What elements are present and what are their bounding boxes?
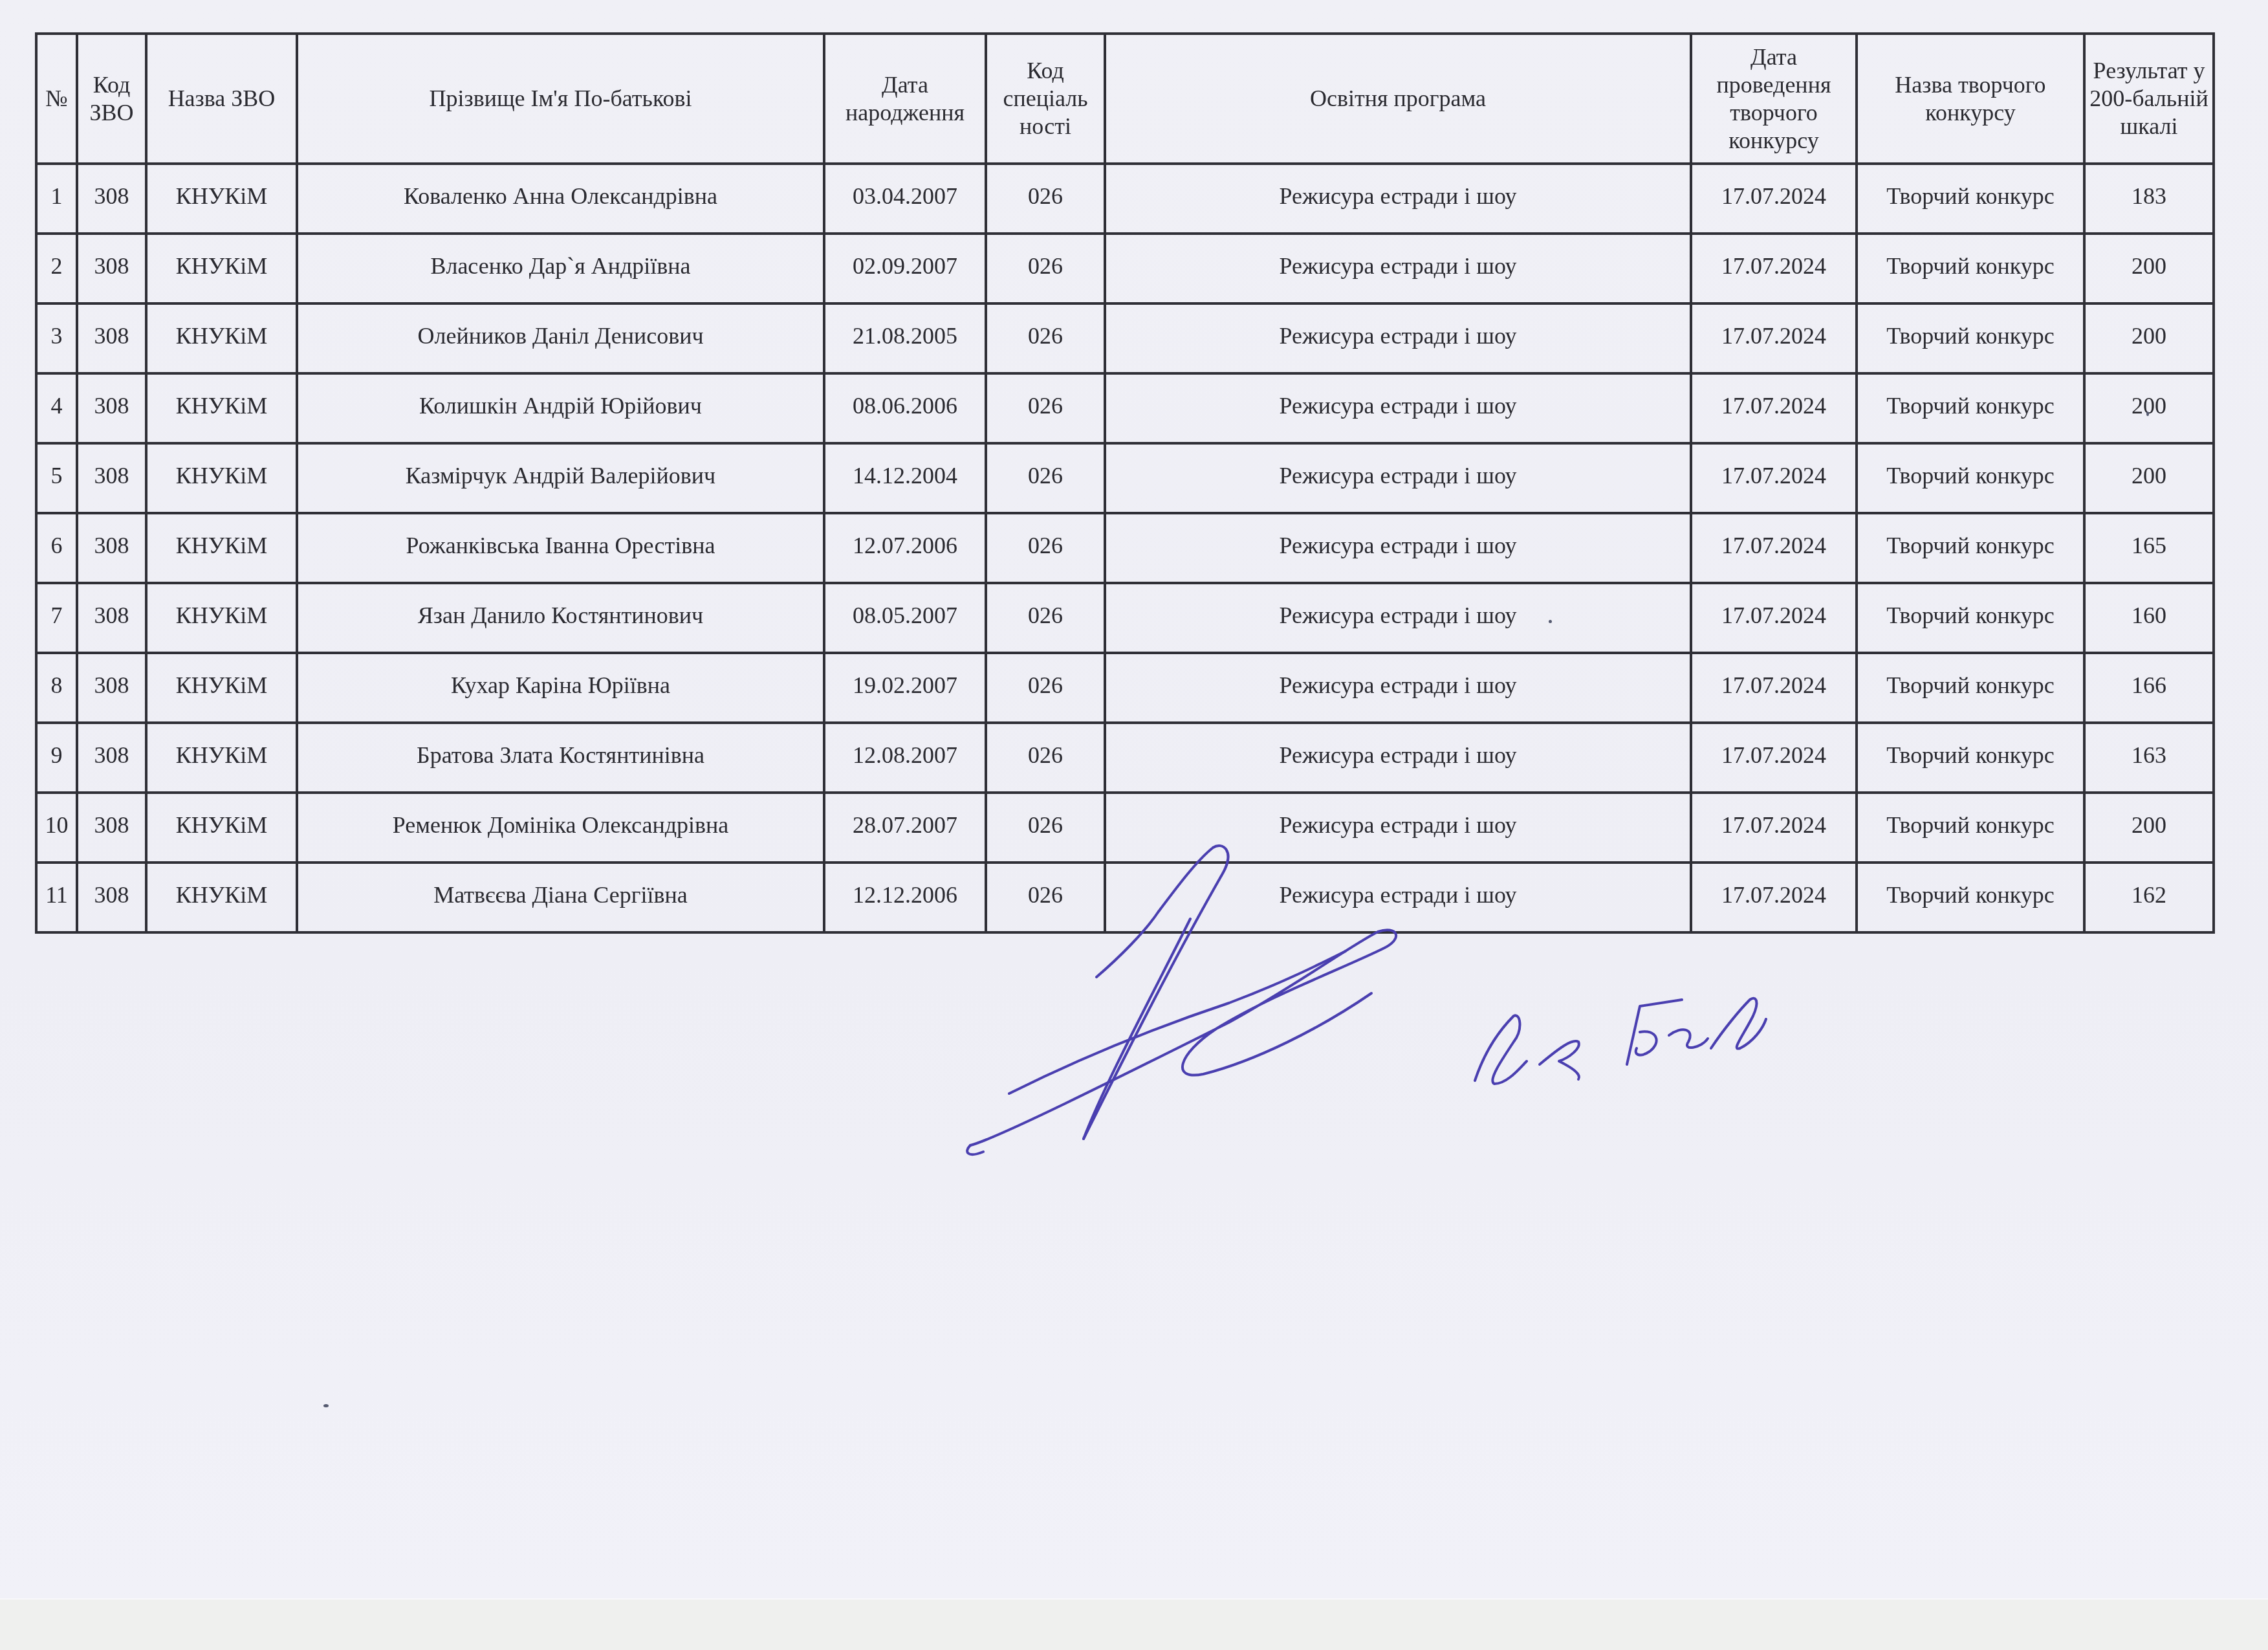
table-row: 10308КНУКіМРеменюк Домініка Олександрівн… (36, 793, 2214, 863)
cell-full-name: Колишкін Андрій Юрійович (297, 373, 824, 443)
table-row: 2308КНУКіМВласенко Дар`я Андріївна02.09.… (36, 234, 2214, 303)
cell-contest-date: 17.07.2024 (1691, 583, 1857, 653)
column-header-zvo-name: Назва ЗВО (146, 34, 297, 164)
cell-contest-date: 17.07.2024 (1691, 723, 1857, 793)
cell-contest-date: 17.07.2024 (1691, 164, 1857, 234)
cell-specialty-code: 026 (986, 443, 1105, 513)
cell-no: 11 (36, 863, 77, 932)
cell-score: 200 (2084, 443, 2214, 513)
cell-no: 10 (36, 793, 77, 863)
table-row: 1308КНУКіМКоваленко Анна Олександрівна03… (36, 164, 2214, 234)
cell-contest-name: Творчий конкурс (1857, 653, 2084, 723)
table-row: 6308КНУКіМРожанківська Іванна Орестівна1… (36, 513, 2214, 583)
cell-contest-date: 17.07.2024 (1691, 793, 1857, 863)
cell-birth-date: 28.07.2007 (824, 793, 986, 863)
cell-contest-date: 17.07.2024 (1691, 863, 1857, 932)
cell-birth-date: 14.12.2004 (824, 443, 986, 513)
cell-score: 160 (2084, 583, 2214, 653)
cell-contest-date: 17.07.2024 (1691, 443, 1857, 513)
cell-specialty-code: 026 (986, 863, 1105, 932)
cell-no: 8 (36, 653, 77, 723)
cell-full-name: Матвєєва Діана Сергіївна (297, 863, 824, 932)
cell-full-name: Олейников Даніл Денисович (297, 303, 824, 373)
cell-program: Режисура естради і шоу (1105, 513, 1691, 583)
column-header-program: Освітня програма (1105, 34, 1691, 164)
cell-no: 4 (36, 373, 77, 443)
cell-specialty-code: 026 (986, 583, 1105, 653)
cell-zvo-code: 308 (77, 793, 146, 863)
cell-no: 7 (36, 583, 77, 653)
table-row: 8308КНУКіМКухар Каріна Юріївна19.02.2007… (36, 653, 2214, 723)
cell-program: Режисура естради і шоу (1105, 234, 1691, 303)
cell-full-name: Казмірчук Андрій Валерійович (297, 443, 824, 513)
table-row: 3308КНУКіМОлейников Даніл Денисович21.08… (36, 303, 2214, 373)
cell-no: 9 (36, 723, 77, 793)
cell-contest-name: Творчий конкурс (1857, 723, 2084, 793)
cell-zvo-code: 308 (77, 164, 146, 234)
cell-zvo-name: КНУКіМ (146, 164, 297, 234)
cell-zvo-code: 308 (77, 513, 146, 583)
cell-specialty-code: 026 (986, 793, 1105, 863)
table-row: 7308КНУКіМЯзан Данило Костянтинович08.05… (36, 583, 2214, 653)
cell-no: 2 (36, 234, 77, 303)
cell-full-name: Власенко Дар`я Андріївна (297, 234, 824, 303)
cell-contest-name: Творчий конкурс (1857, 513, 2084, 583)
cell-score: 200 (2084, 234, 2214, 303)
cell-specialty-code: 026 (986, 164, 1105, 234)
cell-specialty-code: 026 (986, 234, 1105, 303)
cell-contest-name: Творчий конкурс (1857, 863, 2084, 932)
table-row: 4308КНУКіМКолишкін Андрій Юрійович08.06.… (36, 373, 2214, 443)
cell-birth-date: 02.09.2007 (824, 234, 986, 303)
cell-zvo-code: 308 (77, 723, 146, 793)
cell-specialty-code: 026 (986, 653, 1105, 723)
cell-full-name: Ременюк Домініка Олександрівна (297, 793, 824, 863)
cell-birth-date: 08.06.2006 (824, 373, 986, 443)
cell-zvo-code: 308 (77, 653, 146, 723)
table-body: 1308КНУКіМКоваленко Анна Олександрівна03… (36, 164, 2214, 932)
cell-score: 162 (2084, 863, 2214, 932)
cell-program: Режисура естради і шоу (1105, 793, 1691, 863)
column-header-contest-name: Назва творчого конкурсу (1857, 34, 2084, 164)
cell-zvo-code: 308 (77, 234, 146, 303)
cell-birth-date: 12.12.2006 (824, 863, 986, 932)
cell-birth-date: 08.05.2007 (824, 583, 986, 653)
cell-program: Режисура естради і шоу (1105, 373, 1691, 443)
cell-program: Режисура естради і шоу (1105, 863, 1691, 932)
cell-contest-name: Творчий конкурс (1857, 373, 2084, 443)
column-header-zvo-code: Код ЗВО (77, 34, 146, 164)
cell-contest-name: Творчий конкурс (1857, 164, 2084, 234)
cell-full-name: Кухар Каріна Юріївна (297, 653, 824, 723)
cell-zvo-name: КНУКіМ (146, 443, 297, 513)
cell-score: 166 (2084, 653, 2214, 723)
cell-birth-date: 12.07.2006 (824, 513, 986, 583)
cell-contest-date: 17.07.2024 (1691, 373, 1857, 443)
cell-birth-date: 12.08.2007 (824, 723, 986, 793)
cell-zvo-name: КНУКіМ (146, 793, 297, 863)
cell-zvo-code: 308 (77, 443, 146, 513)
cell-contest-name: Творчий конкурс (1857, 443, 2084, 513)
scan-speck (2146, 412, 2149, 416)
cell-score: 200 (2084, 303, 2214, 373)
cell-birth-date: 21.08.2005 (824, 303, 986, 373)
cell-program: Режисура естради і шоу (1105, 653, 1691, 723)
table-header-row: №Код ЗВОНазва ЗВОПрізвище Ім'я По-батько… (36, 34, 2214, 164)
column-header-no: № (36, 34, 77, 164)
cell-birth-date: 03.04.2007 (824, 164, 986, 234)
cell-zvo-name: КНУКіМ (146, 723, 297, 793)
cell-contest-date: 17.07.2024 (1691, 513, 1857, 583)
cell-contest-name: Творчий конкурс (1857, 303, 2084, 373)
cell-program: Режисура естради і шоу (1105, 723, 1691, 793)
cell-zvo-code: 308 (77, 863, 146, 932)
scan-edge (0, 1598, 2268, 1650)
cell-program: Режисура естради і шоу (1105, 303, 1691, 373)
cell-score: 183 (2084, 164, 2214, 234)
cell-contest-name: Творчий конкурс (1857, 793, 2084, 863)
cell-full-name: Коваленко Анна Олександрівна (297, 164, 824, 234)
scan-speck (323, 1404, 329, 1407)
cell-score: 200 (2084, 793, 2214, 863)
cell-specialty-code: 026 (986, 373, 1105, 443)
cell-contest-date: 17.07.2024 (1691, 234, 1857, 303)
cell-score: 165 (2084, 513, 2214, 583)
cell-full-name: Рожанківська Іванна Орестівна (297, 513, 824, 583)
cell-contest-name: Творчий конкурс (1857, 583, 2084, 653)
cell-specialty-code: 026 (986, 723, 1105, 793)
column-header-specialty-code: Код спеціаль ності (986, 34, 1105, 164)
cell-zvo-name: КНУКіМ (146, 653, 297, 723)
admission-results-table: №Код ЗВОНазва ЗВОПрізвище Ім'я По-батько… (35, 32, 2215, 934)
cell-contest-date: 17.07.2024 (1691, 303, 1857, 373)
table-row: 11308КНУКіММатвєєва Діана Сергіївна12.12… (36, 863, 2214, 932)
cell-full-name: Братова Злата Костянтинівна (297, 723, 824, 793)
cell-program: Режисура естради і шоу (1105, 583, 1691, 653)
column-header-full-name: Прізвище Ім'я По-батькові (297, 34, 824, 164)
cell-contest-date: 17.07.2024 (1691, 653, 1857, 723)
column-header-score: Результат у 200-бальній шкалі (2084, 34, 2214, 164)
scan-speck (1549, 620, 1552, 623)
cell-contest-name: Творчий конкурс (1857, 234, 2084, 303)
cell-zvo-code: 308 (77, 303, 146, 373)
cell-zvo-name: КНУКіМ (146, 373, 297, 443)
scanned-page: №Код ЗВОНазва ЗВОПрізвище Ім'я По-батько… (0, 0, 2268, 1598)
cell-program: Режисура естради і шоу (1105, 164, 1691, 234)
cell-score: 200 (2084, 373, 2214, 443)
cell-full-name: Язан Данило Костянтинович (297, 583, 824, 653)
column-header-birth-date: Дата народження (824, 34, 986, 164)
cell-no: 1 (36, 164, 77, 234)
cell-zvo-code: 308 (77, 373, 146, 443)
cell-program: Режисура естради і шоу (1105, 443, 1691, 513)
table-row: 9308КНУКіМБратова Злата Костянтинівна12.… (36, 723, 2214, 793)
column-header-contest-date: Дата проведення творчого конкурсу (1691, 34, 1857, 164)
cell-zvo-name: КНУКіМ (146, 863, 297, 932)
cell-zvo-name: КНУКіМ (146, 234, 297, 303)
cell-no: 6 (36, 513, 77, 583)
cell-score: 163 (2084, 723, 2214, 793)
cell-specialty-code: 026 (986, 303, 1105, 373)
cell-zvo-code: 308 (77, 583, 146, 653)
cell-zvo-name: КНУКіМ (146, 303, 297, 373)
cell-no: 5 (36, 443, 77, 513)
cell-birth-date: 19.02.2007 (824, 653, 986, 723)
cell-specialty-code: 026 (986, 513, 1105, 583)
cell-zvo-name: КНУКіМ (146, 513, 297, 583)
table-row: 5308КНУКіМКазмірчук Андрій Валерійович14… (36, 443, 2214, 513)
cell-no: 3 (36, 303, 77, 373)
cell-zvo-name: КНУКіМ (146, 583, 297, 653)
